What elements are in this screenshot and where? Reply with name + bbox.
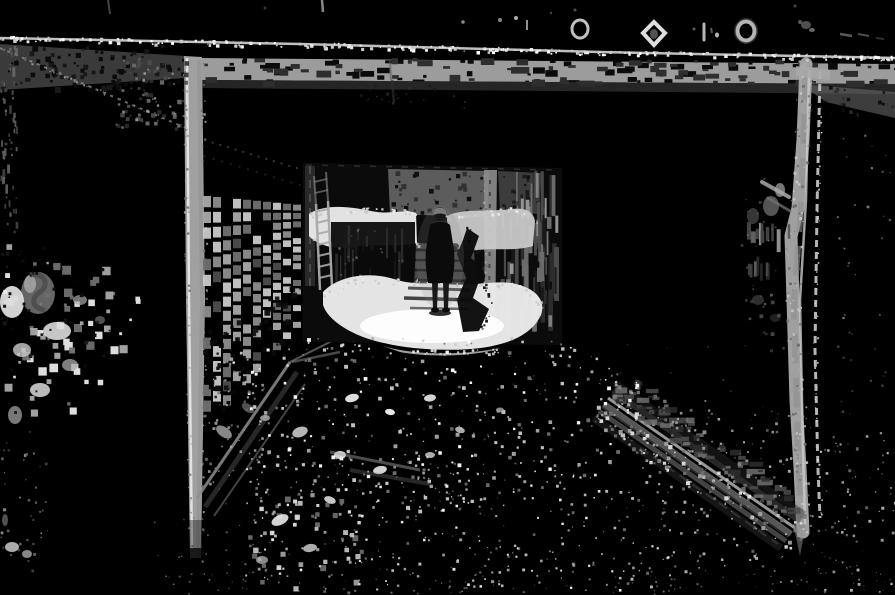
figure-leg-right (443, 283, 449, 308)
figure-coat (426, 222, 455, 283)
figure-leg-left (432, 283, 438, 308)
figure-shadow (429, 310, 451, 316)
photo-svg (0, 0, 895, 595)
underpass-photo (0, 0, 895, 595)
